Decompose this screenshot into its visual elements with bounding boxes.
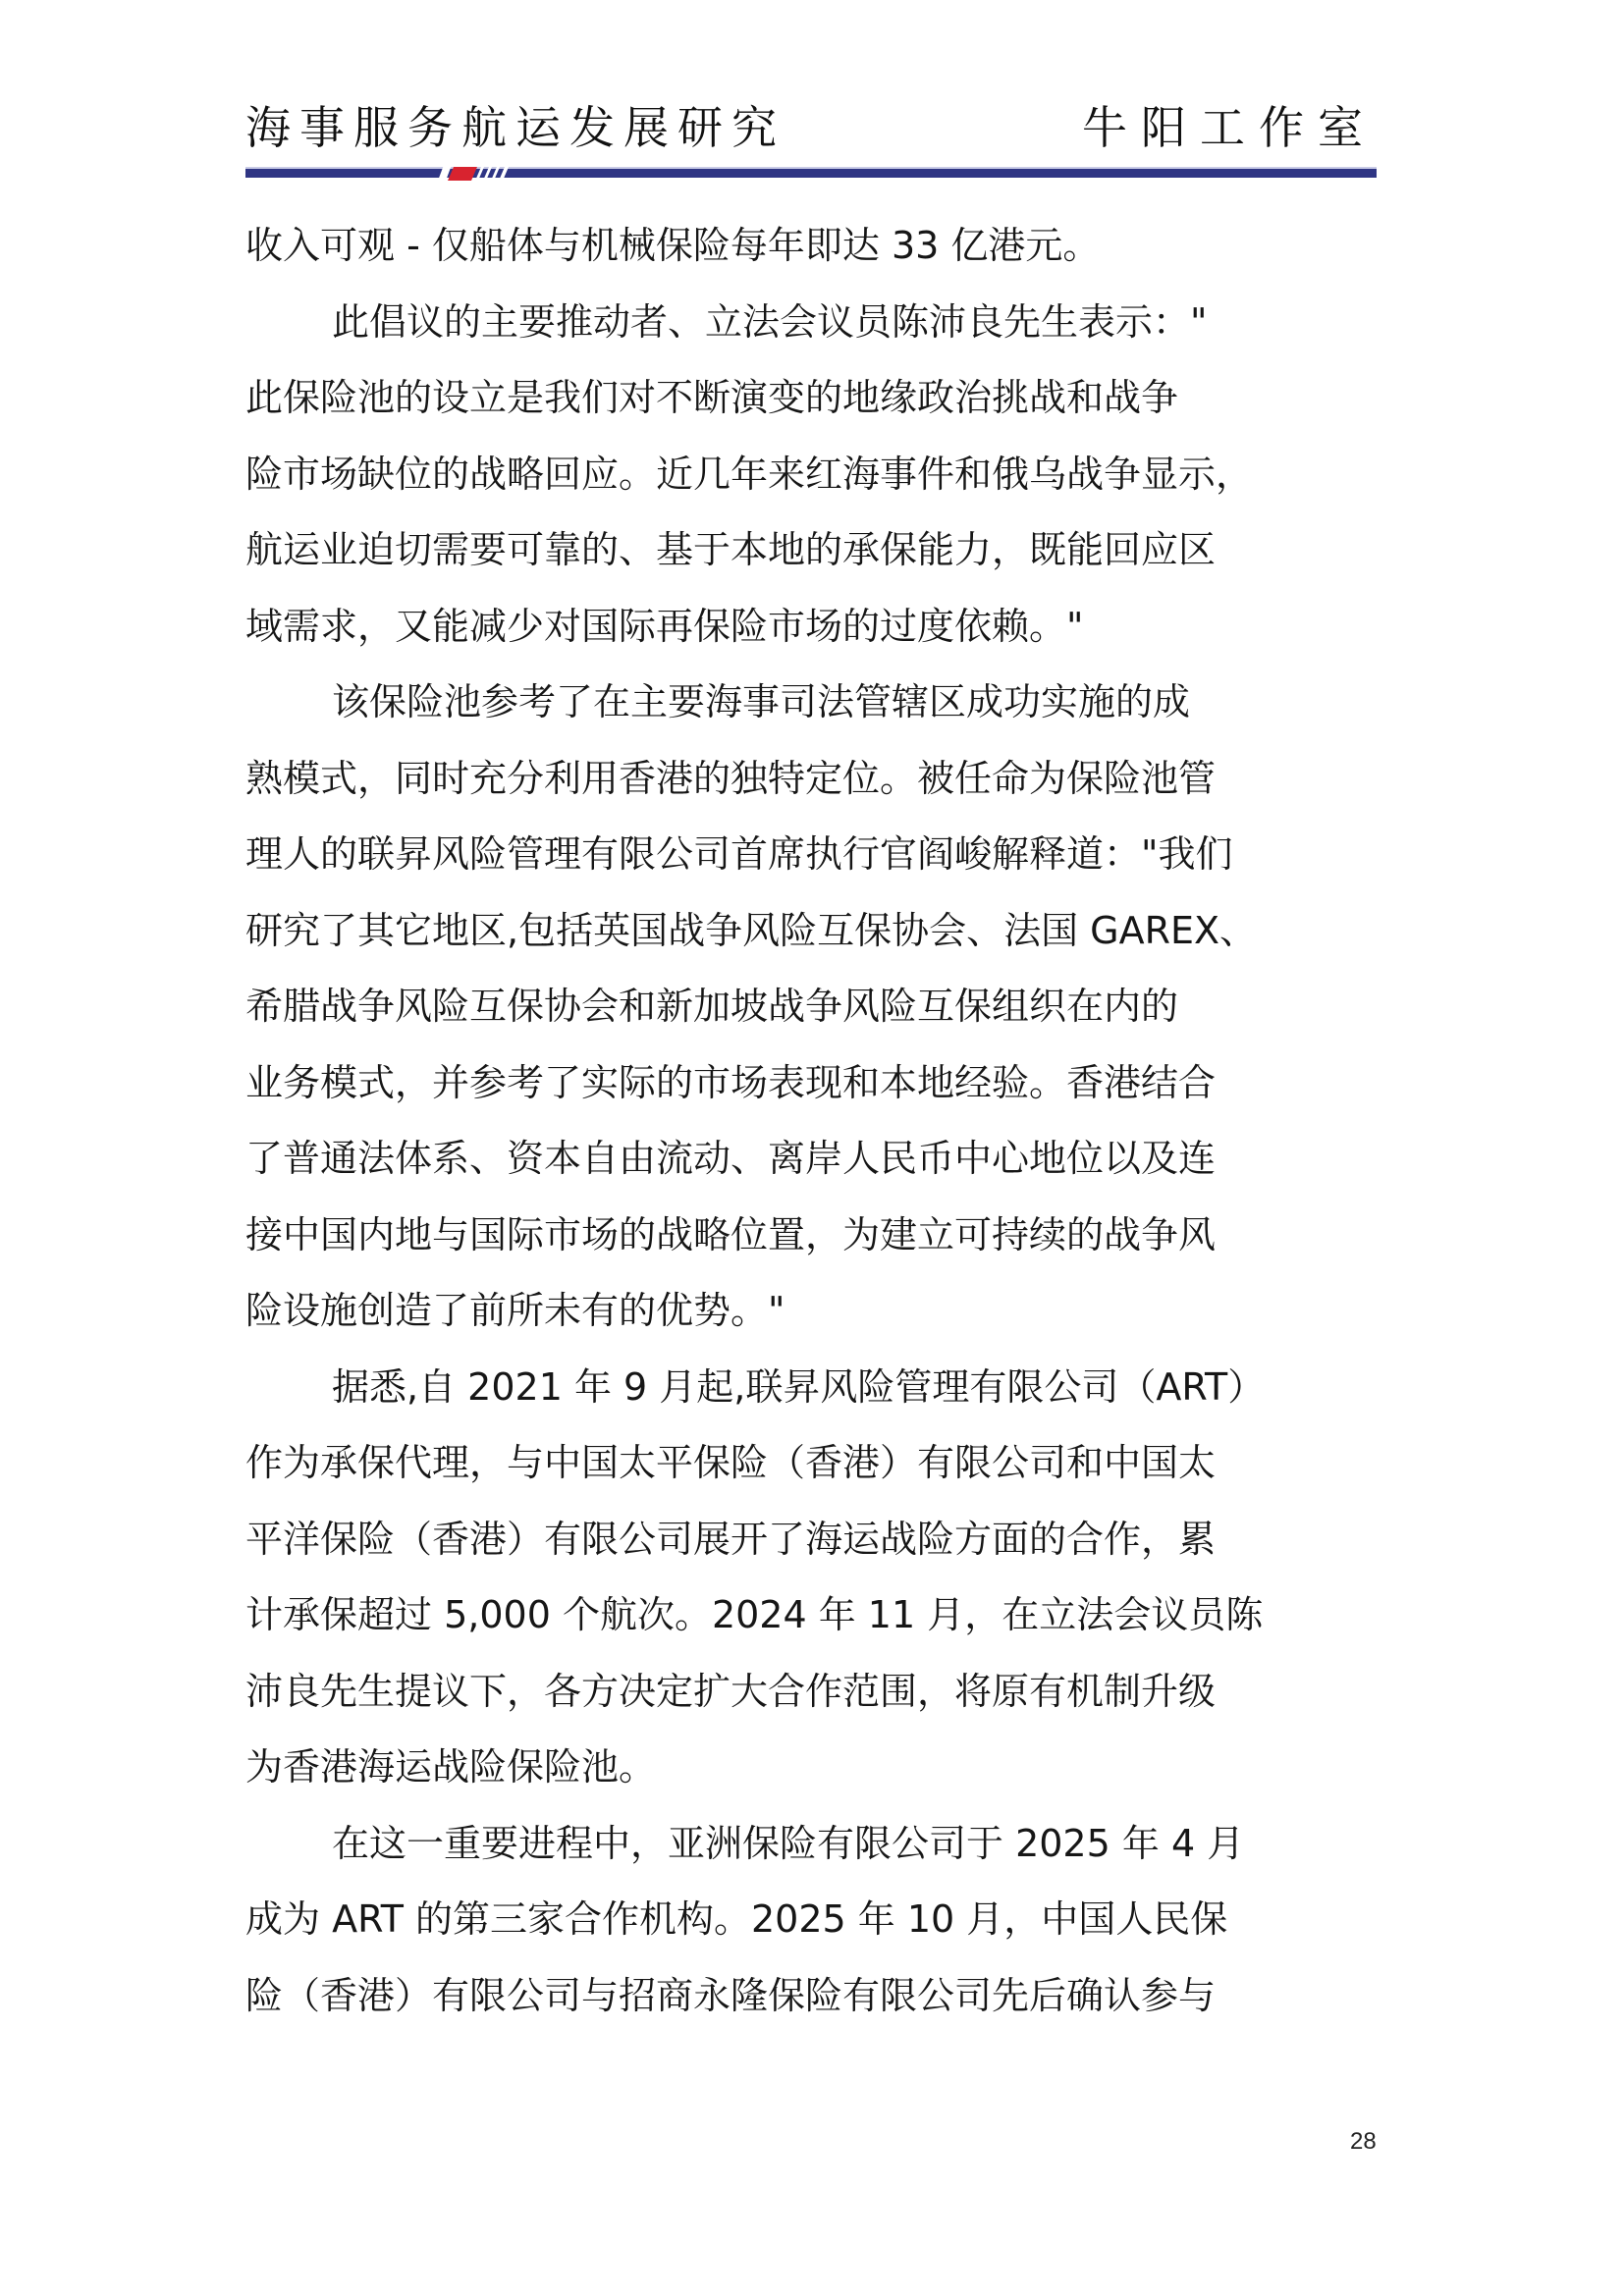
paragraph-1: 收入可观 - 仅船体与机械保险每年即达 33 亿港元。 [245,208,1389,285]
text-line: 收入可观 - 仅船体与机械保险每年即达 33 亿港元。 [245,208,1389,285]
text-line: 平洋保险（香港）有限公司展开了海运战险方面的合作，累 [245,1502,1389,1578]
text-line: 此保险池的设立是我们对不断演变的地缘政治挑战和战争 [245,360,1389,437]
page-number: 28 [1350,2128,1377,2156]
text-line: 据悉,自 2021 年 9 月起,联昇风险管理有限公司（ART） [245,1350,1389,1426]
text-line: 沛良先生提议下，各方决定扩大合作范围，将原有机制升级 [245,1654,1389,1731]
article-body: 收入可观 - 仅船体与机械保险每年即达 33 亿港元。 此倡议的主要推动者、立法… [245,208,1389,2034]
text-line: 此倡议的主要推动者、立法会议员陈沛良先生表示：" [245,285,1389,361]
text-line: 成为 ART 的第三家合作机构。2025 年 10 月，中国人民保 [245,1882,1389,1958]
text-line: 该保险池参考了在主要海事司法管辖区成功实施的成 [245,665,1389,741]
text-line: 险（香港）有限公司与招商永隆保险有限公司先后确认参与 [245,1958,1389,2035]
paragraph-4: 据悉,自 2021 年 9 月起,联昇风险管理有限公司（ART） 作为承保代理，… [245,1350,1389,1806]
text-line: 在这一重要进程中，亚洲保险有限公司于 2025 年 4 月 [245,1806,1389,1883]
text-line: 研究了其它地区,包括英国战争风险互保协会、法国 GAREX、 [245,893,1389,970]
text-line: 业务模式，并参考了实际的市场表现和本地经验。香港结合 [245,1045,1389,1122]
paragraph-3: 该保险池参考了在主要海事司法管辖区成功实施的成 熟模式，同时充分利用香港的独特定… [245,665,1389,1350]
text-line: 理人的联昇风险管理有限公司首席执行官阎峻解释道："我们 [245,817,1389,893]
text-line: 熟模式，同时充分利用香港的独特定位。被任命为保险池管 [245,741,1389,818]
header-title-left: 海事服务航运发展研究 [245,98,785,157]
text-line: 为香港海运战险保险池。 [245,1730,1389,1806]
document-page: 海事服务航运发展研究 牛阳工作室 收入可观 - 仅船体与机械保险每年即达 33 … [0,0,1624,2296]
text-line: 了普通法体系、资本自由流动、离岸人民币中心地位以及连 [245,1121,1389,1198]
paragraph-5: 在这一重要进程中，亚洲保险有限公司于 2025 年 4 月 成为 ART 的第三… [245,1806,1389,2035]
text-line: 希腊战争风险互保协会和新加坡战争风险互保组织在内的 [245,969,1389,1045]
header-title-right: 牛阳工作室 [1082,98,1377,157]
text-line: 险市场缺位的战略回应。近几年来红海事件和俄乌战争显示， [245,437,1389,513]
header-rule [245,169,1377,178]
paragraph-2: 此倡议的主要推动者、立法会议员陈沛良先生表示：" 此保险池的设立是我们对不断演变… [245,285,1389,666]
text-line: 计承保超过 5,000 个航次。2024 年 11 月，在立法会议员陈 [245,1577,1389,1654]
text-line: 航运业迫切需要可靠的、基于本地的承保能力，既能回应区 [245,512,1389,589]
page-header: 海事服务航运发展研究 牛阳工作室 [245,98,1377,157]
text-line: 作为承保代理，与中国太平保险（香港）有限公司和中国太 [245,1425,1389,1502]
text-line: 域需求，又能减少对国际再保险市场的过度依赖。" [245,589,1389,666]
text-line: 接中国内地与国际市场的战略位置，为建立可持续的战争风 [245,1198,1389,1274]
text-line: 险设施创造了前所未有的优势。" [245,1273,1389,1350]
header-rule-accent-icon [438,165,516,181]
